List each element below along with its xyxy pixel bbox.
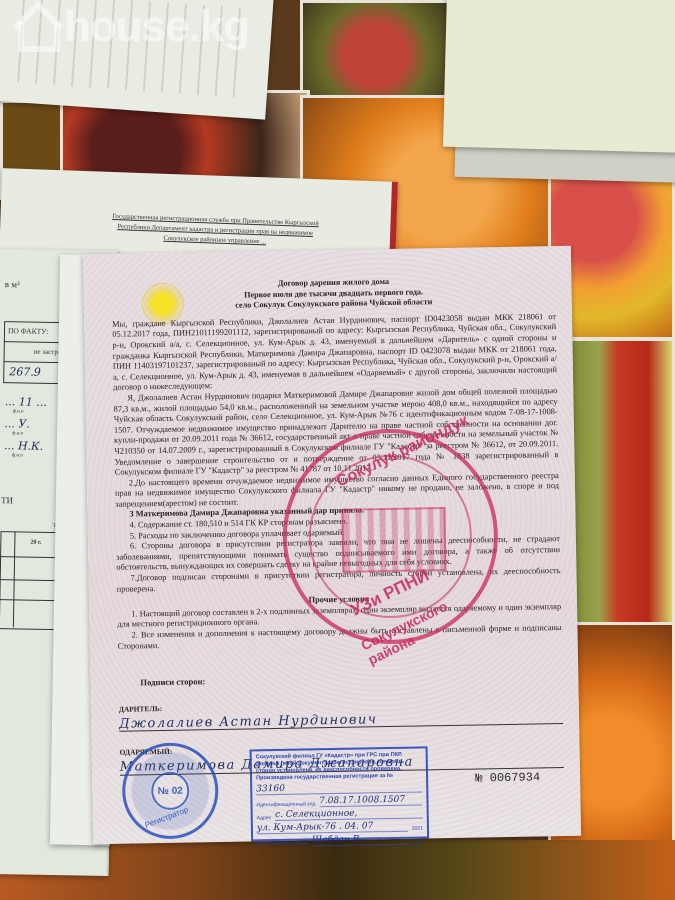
signatures-label: Подписи сторон: (140, 670, 562, 688)
deed-title: Договор дарения жилого дома Первое июля … (111, 274, 555, 314)
house-icon (12, 4, 58, 50)
deed-intro: Мы, граждане Кыргызской Республики, Джол… (112, 312, 557, 394)
section-fragment: ТИ (1, 495, 13, 505)
building-emblem-icon (341, 507, 446, 573)
registration-stamp-box: Сокулукский филиал ГУ «Кадастр» при ГРС … (250, 746, 430, 841)
watermark-text: house.kg (64, 2, 249, 52)
gift-deed-document: Договор дарения жилого дома Первое июля … (83, 246, 581, 844)
table4-year: 20 г. (30, 540, 41, 546)
donor-signature: Джолалиев Астан Нурдинович (119, 715, 378, 730)
address-line-2: ул. Кум-Арык-76 . 04. 07 (257, 821, 408, 835)
signature-row-3: ... Н.К. (4, 439, 43, 453)
identification-code: 7.08.17.1008.1507 (319, 794, 422, 807)
serial-number: № 0067934 (475, 770, 540, 785)
registration-stamp-header: Сокулукский филиал ГУ «Кадастр» при ГРС … (256, 751, 422, 782)
top-right-sheet (443, 0, 675, 153)
registrar-name: Шабдан В. (312, 833, 424, 846)
signature-row-2: ... У. (4, 417, 30, 430)
signature-row-1: ... 11 ... (5, 395, 47, 409)
registrar-round-stamp-icon: № 02 Регистратор (121, 742, 219, 840)
unit-label: в м² (5, 279, 20, 289)
handwritten-area: 267.9 (9, 365, 41, 379)
registration-sheet-header: Государственная регистрационная служба п… (60, 210, 371, 251)
house-kg-watermark: house.kg (12, 2, 249, 52)
background-tile (300, 0, 450, 110)
address-line-1: с. Селекционное, (275, 807, 423, 821)
table1-header: ПО ФАКТУ: (8, 326, 48, 336)
registration-number: 33160 (256, 781, 422, 795)
